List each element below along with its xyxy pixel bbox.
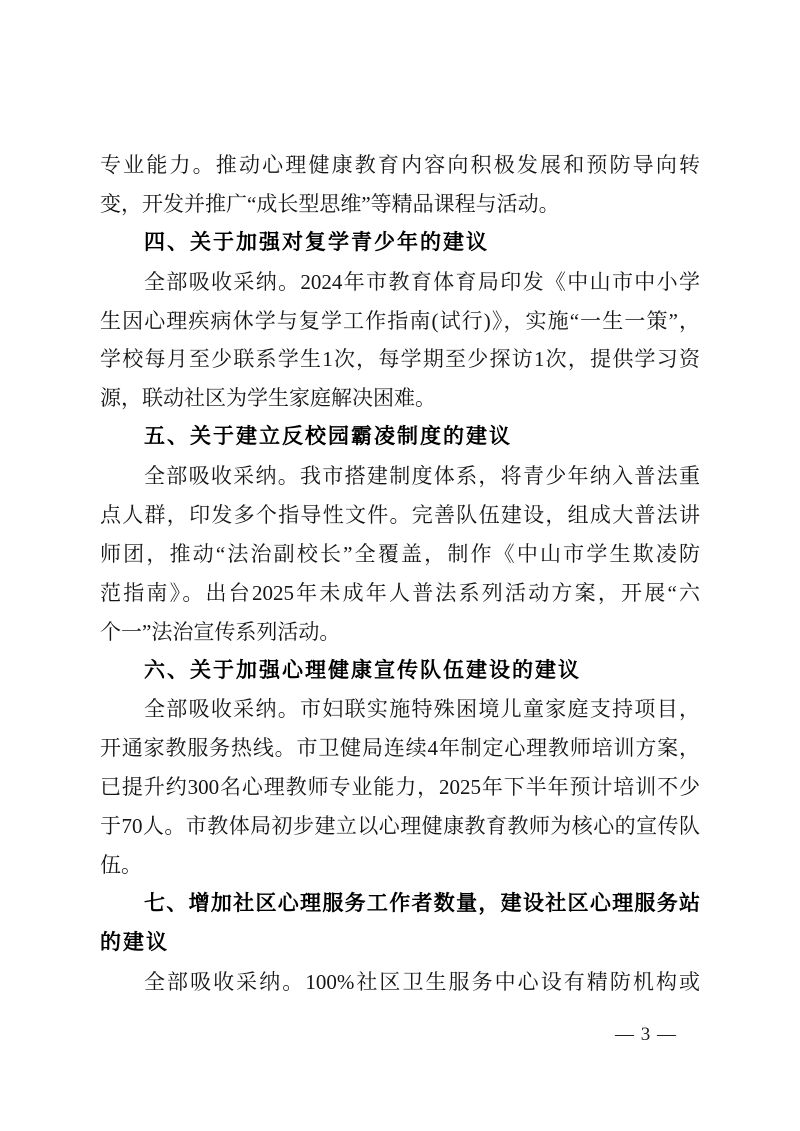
heading-line: 六、关于加强心理健康宣传队伍建设的建议 [100,652,700,691]
text-line: 专业能力。推动心理健康教育内容向积极发展和预防导向转 [100,146,700,185]
text-line: 生因心理疾病休学与复学工作指南(试行)》，实施“一生一策”， [100,302,700,341]
text-line: 变，开发并推广“成长型思维”等精品课程与活动。 [100,185,700,224]
text-line: 全部吸收采纳。2024年市教育体育局印发《中山市中小学 [100,263,700,302]
heading-line: 的建议 [100,924,700,963]
heading-line: 四、关于加强对复学青少年的建议 [100,224,700,263]
text-line: 范指南》。出台2025年未成年人普法系列活动方案，开展“六 [100,574,700,613]
text-line: 个一”法治宣传系列活动。 [100,613,700,652]
heading-line: 七、增加社区心理服务工作者数量，建设社区心理服务站 [100,885,700,924]
document-body: 专业能力。推动心理健康教育内容向积极发展和预防导向转变，开发并推广“成长型思维”… [100,146,700,1002]
page-number: — 3 — [615,1024,677,1046]
text-line: 学校每月至少联系学生1次，每学期至少探访1次，提供学习资 [100,340,700,379]
document-page: 专业能力。推动心理健康教育内容向积极发展和预防导向转变，开发并推广“成长型思维”… [0,0,800,1131]
text-line: 开通家教服务热线。市卫健局连续4年制定心理教师培训方案， [100,729,700,768]
text-line: 源，联动社区为学生家庭解决困难。 [100,379,700,418]
text-line: 点人群，印发多个指导性文件。完善队伍建设，组成大普法讲 [100,496,700,535]
text-line: 已提升约300名心理教师专业能力，2025年下半年预计培训不少 [100,768,700,807]
text-line: 全部吸收采纳。100%社区卫生服务中心设有精防机构或 [100,963,700,1002]
text-line: 伍。 [100,846,700,885]
text-line: 师团，推动“法治副校长”全覆盖，制作《中山市学生欺凌防 [100,535,700,574]
text-line: 全部吸收采纳。我市搭建制度体系，将青少年纳入普法重 [100,457,700,496]
text-line: 全部吸收采纳。市妇联实施特殊困境儿童家庭支持项目， [100,690,700,729]
text-line: 于70人。市教体局初步建立以心理健康教育教师为核心的宣传队 [100,807,700,846]
heading-line: 五、关于建立反校园霸凌制度的建议 [100,418,700,457]
